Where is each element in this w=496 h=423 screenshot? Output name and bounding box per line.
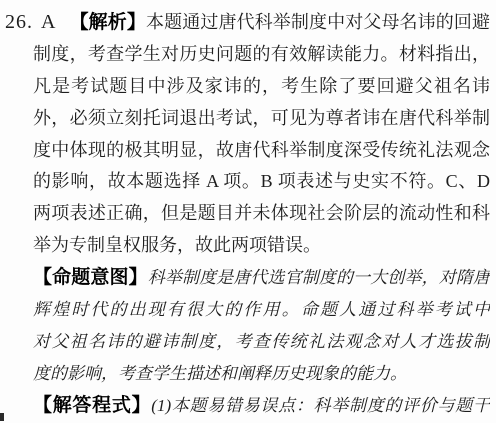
section-label-analysis: 【解析】 xyxy=(69,12,146,33)
intent-section-line: 【命题意图】科举制度是唐代选官制度的一大创举，对隋唐 xyxy=(5,262,490,294)
answer-line: 26.A【解析】本题通过唐代科举制度中对父母名讳的回避 xyxy=(5,7,490,39)
section-label-intent: 【命题意图】 xyxy=(33,267,148,288)
text-line: 两项表述正确，但是题目并未体现社会阶层的流动性和科 xyxy=(5,198,490,230)
text-line: 对父祖名讳的避讳制度，考查传统礼法观念对人才选拔制 xyxy=(5,326,490,358)
text-line: 本题通过唐代科举制度中对父母名讳的回避 xyxy=(146,12,490,32)
answer-key-page: 26.A【解析】本题通过唐代科举制度中对父母名讳的回避 制度，考查学生对历史问题… xyxy=(0,0,496,423)
text-line: 凡是考试题目中涉及家讳的，考生除了要回避父祖名讳 xyxy=(5,71,490,103)
text-line: 度的影响，考查学生描述和阐释历史现象的能力。 xyxy=(5,358,490,390)
text-line: 的影响，故本题选择 A 项。B 项表述与史实不符。C、D xyxy=(5,166,490,198)
answer-letter: A xyxy=(41,11,56,33)
scan-artifact-mark xyxy=(0,413,4,421)
text-line: 度中体现的极其明显，故唐代科举制度深受传统礼法观念 xyxy=(5,135,490,167)
section-label-procedure: 【解答程式】 xyxy=(33,395,151,416)
text-line: 制度，考查学生对历史问题的有效解读能力。材料指出， xyxy=(5,39,490,71)
question-number: 26. xyxy=(5,11,33,33)
text-line: (1)本题易错易误点：科举制度的评价与题干 xyxy=(151,396,490,415)
procedure-section-line: 【解答程式】(1)本题易错易误点：科举制度的评价与题干 xyxy=(5,390,490,422)
text-line: 辉煌时代的出现有很大的作用。命题人通过科举考试中 xyxy=(5,294,490,326)
text-line: 外，必须立刻托词退出考试，可见为尊者讳在唐代科举制 xyxy=(5,103,490,135)
text-line: 举为专制皇权服务，故此两项错误。 xyxy=(5,230,490,262)
text-line: 科举制度是唐代选官制度的一大创举，对隋唐 xyxy=(148,268,490,287)
